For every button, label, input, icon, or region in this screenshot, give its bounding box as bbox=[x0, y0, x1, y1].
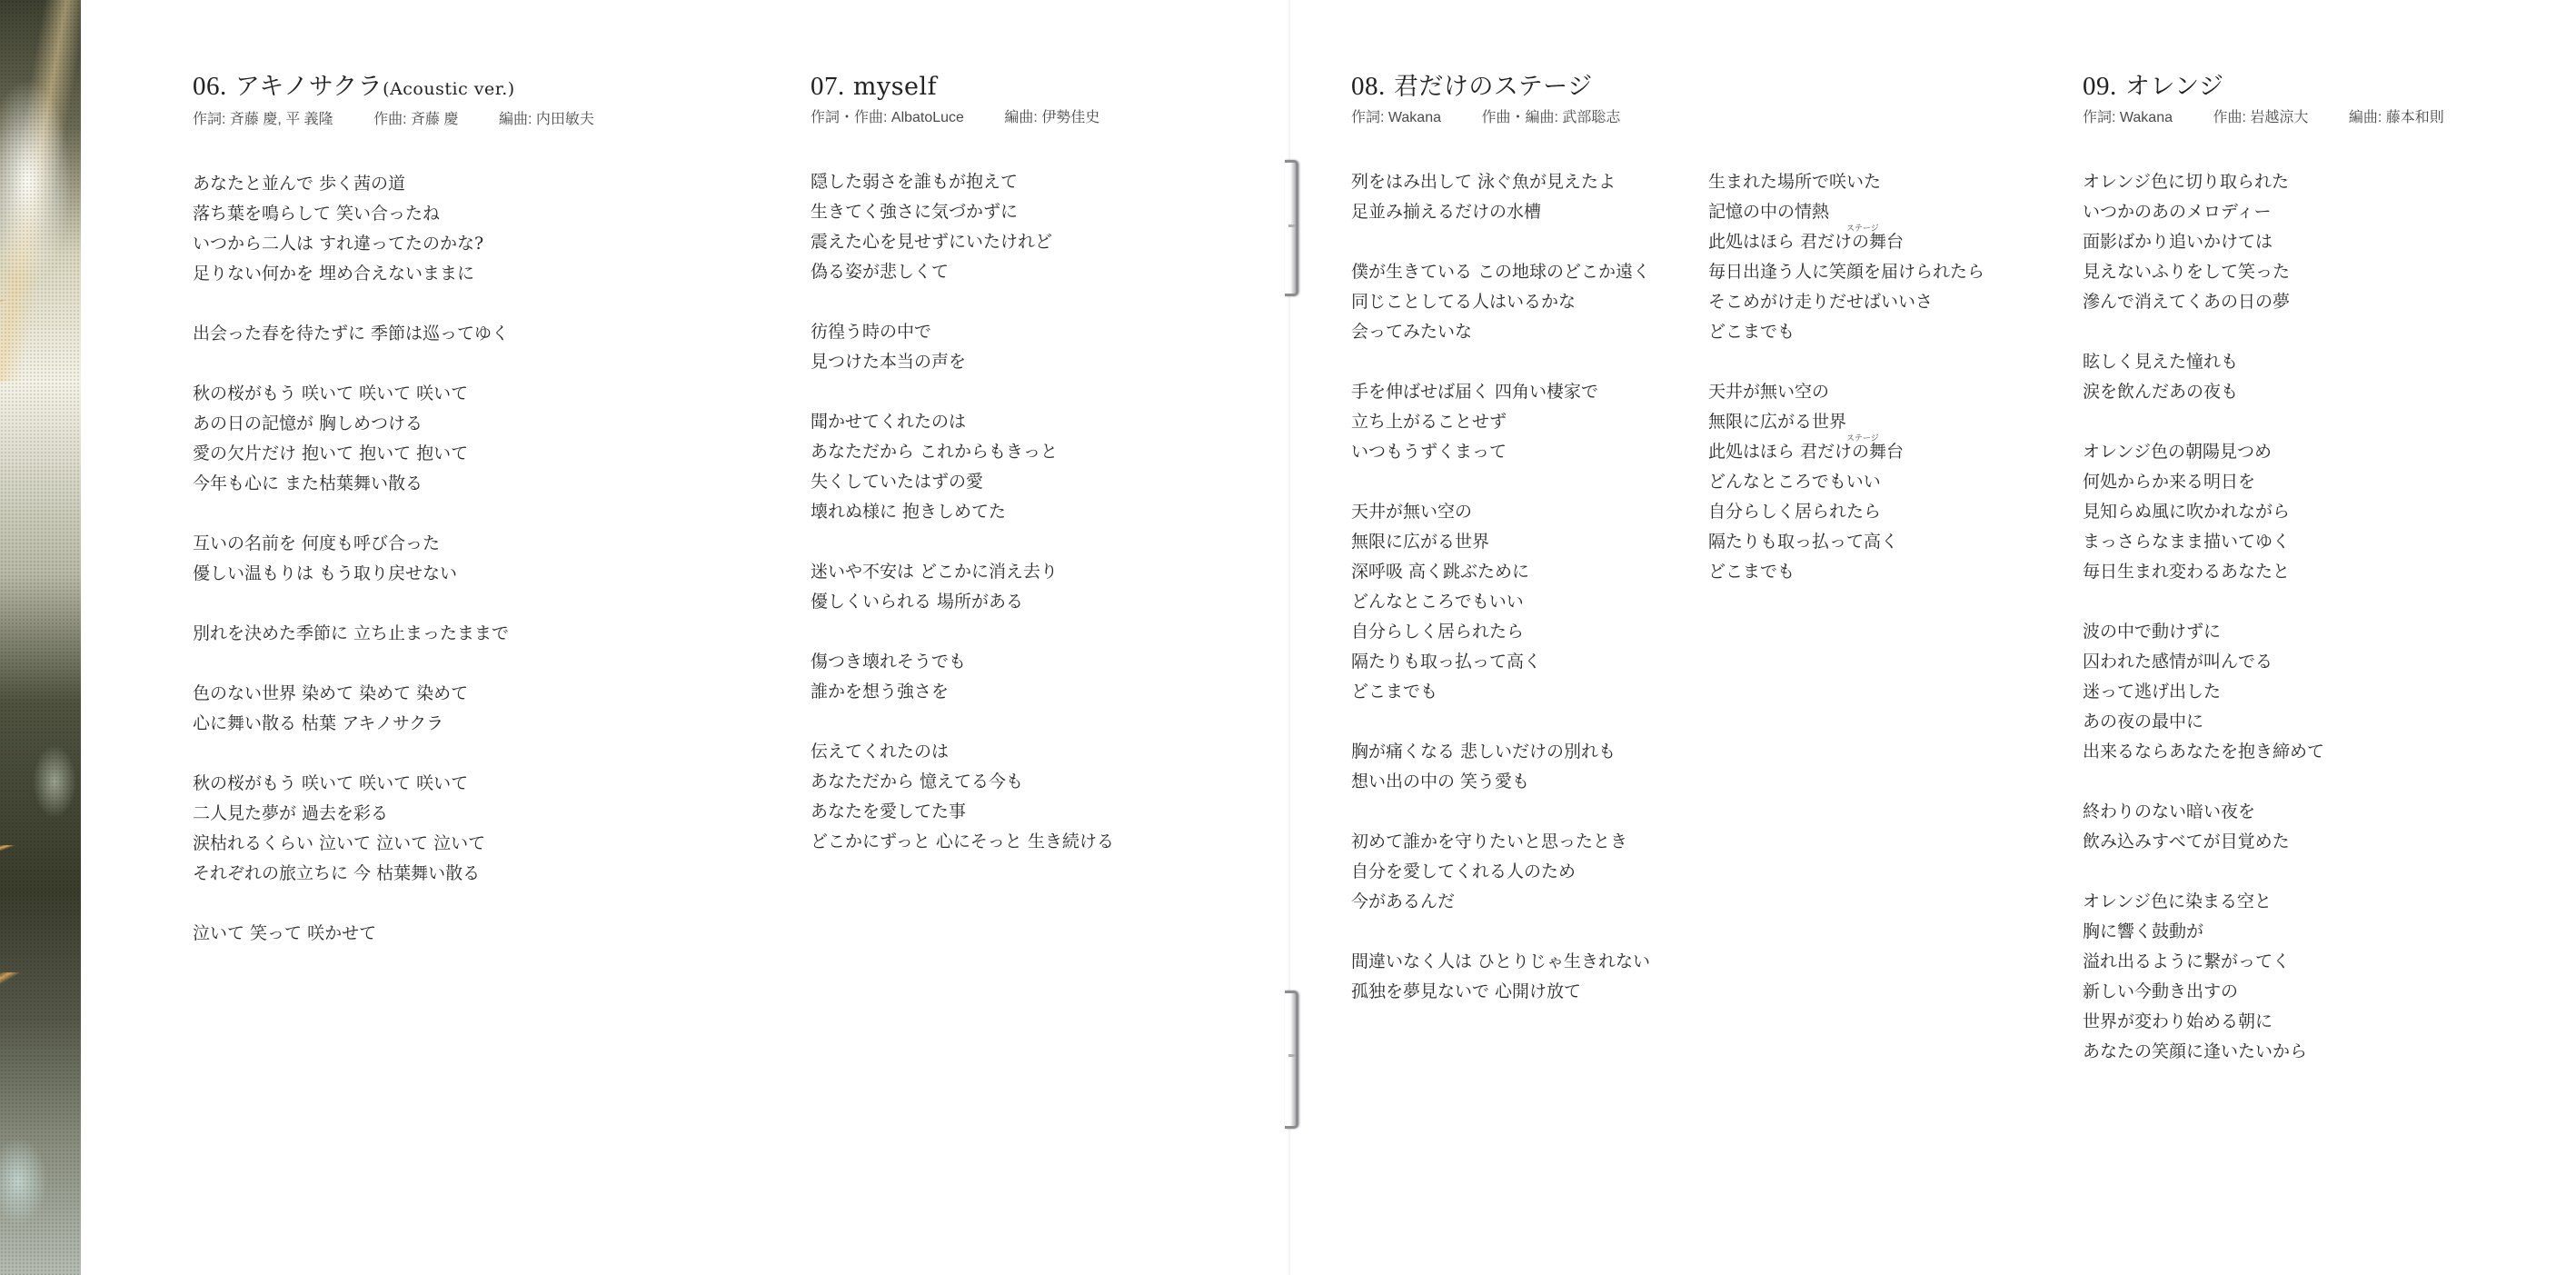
lyrics-column-right: 生まれた場所で咲いた 記憶の中の情熱 ステージ 此処はほら 君だけの舞台 毎日出… bbox=[1708, 167, 1984, 587]
lyric-text: 此処はほら 君だけの舞台 bbox=[1708, 232, 1904, 252]
lyric-line: ステージ 此処はほら 君だけの舞台 bbox=[1708, 227, 1984, 257]
lyric-line: 彷徨う時の中で bbox=[811, 317, 1136, 347]
credit-arranger: 編曲: 内田敏夫 bbox=[499, 108, 594, 132]
lyric-line: 迷いや不安は どこかに消え去り bbox=[811, 557, 1136, 587]
stanza: 迷いや不安は どこかに消え去り 優しくいられる 場所がある bbox=[811, 557, 1136, 617]
lyric-line: 波の中で動けずに bbox=[2083, 617, 2481, 647]
lyric-line: 互いの名前を 何度も呼び合った bbox=[193, 529, 631, 559]
lyric-line: 僕が生きている この地球のどこか遠く bbox=[1351, 257, 1656, 287]
stanza: 波の中で動けずに 囚われた感情が叫んでる 迷って逃げ出した あの夜の最中に 出来… bbox=[2083, 617, 2481, 767]
stanza: 胸が痛くなる 悲しいだけの別れも 想い出の中の 笑う愛も bbox=[1351, 737, 1656, 797]
track-number: 08. bbox=[1351, 72, 1386, 101]
stanza: 秋の桜がもう 咲いて 咲いて 咲いて あの日の記憶が 胸しめつける 愛の欠片だけ… bbox=[193, 379, 631, 499]
lyric-line: 傷つき壊れそうでも bbox=[811, 647, 1136, 677]
lyric-line: 失くしていたはずの愛 bbox=[811, 467, 1136, 497]
lyric-line: 面影ばかり追いかけては bbox=[2083, 227, 2481, 257]
song-title: 07. myself bbox=[811, 71, 1136, 103]
lyric-line: それぞれの旅立ちに 今 枯葉舞い散る bbox=[193, 859, 631, 889]
lyric-line: 優しい温もりは もう取り戻せない bbox=[193, 559, 631, 589]
lyric-line: 聞かせてくれたのは bbox=[811, 407, 1136, 437]
lyric-line: 無限に広がる世界 bbox=[1351, 527, 1656, 557]
lyric-line: 別れを決めた季節に 立ち止まったままで bbox=[193, 619, 631, 649]
lyric-line: 深呼吸 高く跳ぶために bbox=[1351, 557, 1656, 587]
lyric-line: あなたと並んで 歩く茜の道 bbox=[193, 169, 631, 199]
lyric-line: 初めて誰かを守りたいと思ったとき bbox=[1351, 827, 1656, 857]
staple-top-icon bbox=[1285, 160, 1298, 296]
lyric-line: 同じことしてる人はいるかな bbox=[1351, 287, 1656, 317]
stanza: 互いの名前を 何度も呼び合った 優しい温もりは もう取り戻せない bbox=[193, 529, 631, 589]
lyric-line: あなたを愛してた事 bbox=[811, 797, 1136, 827]
lyric-line: 無限に広がる世界 bbox=[1708, 407, 1984, 437]
lyric-line: オレンジ色に染まる空と bbox=[2083, 887, 2481, 917]
credit-lyrics-composer: 作詞・作曲: AlbatoLuce bbox=[811, 106, 964, 130]
lyric-line: まっさらなまま描いてゆく bbox=[2083, 527, 2481, 557]
stanza: 天井が無い空の 無限に広がる世界 ステージ 此処はほら 君だけの舞台 どんなとこ… bbox=[1708, 377, 1984, 587]
stanza: 僕が生きている この地球のどこか遠く 同じことしてる人はいるかな 会ってみたいな bbox=[1351, 257, 1656, 347]
lyric-line: 自分らしく居られたら bbox=[1708, 497, 1984, 527]
ruby-annotation: ステージ bbox=[1846, 434, 1879, 443]
credit-composer: 作曲: 岩越涼大 bbox=[2213, 106, 2308, 130]
credit-arranger: 編曲: 藤本和則 bbox=[2349, 106, 2444, 130]
lyric-line: 天井が無い空の bbox=[1708, 377, 1984, 407]
lyric-line: 自分を愛してくれる人のため bbox=[1351, 857, 1656, 887]
lyric-line: 飲み込みすべてが目覚めた bbox=[2083, 827, 2481, 857]
stanza: 聞かせてくれたのは あなただから これからもきっと 失くしていたはずの愛 壊れぬ… bbox=[811, 407, 1136, 527]
stanza: 泣いて 笑って 咲かせて bbox=[193, 919, 631, 949]
lyric-line: 会ってみたいな bbox=[1351, 317, 1656, 347]
lyric-line: 伝えてくれたのは bbox=[811, 737, 1136, 767]
credit-composer: 作曲: 斉藤 慶 bbox=[373, 108, 458, 132]
lyrics: 隠した弱さを誰もが抱えて 生きてく強さに気づかずに 震えた心を見せずにいたけれど… bbox=[811, 167, 1136, 857]
stanza: 色のない世界 染めて 染めて 染めて 心に舞い散る 枯葉 アキノサクラ bbox=[193, 679, 631, 739]
song-08: 08. 君だけのステージ 作詞: Wakana 作曲・編曲: 武部聡志 列をはみ… bbox=[1351, 71, 1656, 1007]
lyric-line: いつもうずくまって bbox=[1351, 437, 1656, 467]
cover-photo-strip bbox=[0, 0, 81, 1275]
credit-lyrics: 作詞: Wakana bbox=[2083, 106, 2173, 130]
lyric-line: オレンジ色に切り取られた bbox=[2083, 167, 2481, 197]
lyric-line: 囚われた感情が叫んでる bbox=[2083, 647, 2481, 677]
lyric-line: 出会った春を待たずに 季節は巡ってゆく bbox=[193, 319, 631, 349]
lyric-line: 間違いなく人は ひとりじゃ生きれない bbox=[1351, 947, 1656, 977]
credits: 作詞・作曲: AlbatoLuce 編曲: 伊勢佳史 bbox=[811, 106, 1136, 130]
lyric-line: 落ち葉を鳴らして 笑い合ったね bbox=[193, 199, 631, 229]
stanza: あなたと並んで 歩く茜の道 落ち葉を鳴らして 笑い合ったね いつから二人は すれ… bbox=[193, 169, 631, 289]
lyrics: あなたと並んで 歩く茜の道 落ち葉を鳴らして 笑い合ったね いつから二人は すれ… bbox=[193, 169, 631, 949]
staple-top-joint bbox=[1288, 224, 1296, 227]
lyric-line: 見つけた本当の声を bbox=[811, 347, 1136, 377]
lyric-line: 溢れ出るように繋がってく bbox=[2083, 947, 2481, 977]
credits: 作詞: Wakana 作曲: 岩越涼大 編曲: 藤本和則 bbox=[2083, 106, 2481, 130]
credit-lyrics: 作詞: Wakana bbox=[1351, 106, 1441, 130]
lyrics: 列をはみ出して 泳ぐ魚が見えたよ 足並み揃えるだけの水槽 僕が生きている この地… bbox=[1351, 167, 1656, 1007]
lyric-line: 今があるんだ bbox=[1351, 887, 1656, 917]
lyric-line: あなただから これからもきっと bbox=[811, 437, 1136, 467]
stanza: 手を伸ばせば届く 四角い棲家で 立ち上がることせず いつもうずくまって bbox=[1351, 377, 1656, 467]
lyric-line: 記憶の中の情熱 bbox=[1708, 197, 1984, 227]
lyric-line: 列をはみ出して 泳ぐ魚が見えたよ bbox=[1351, 167, 1656, 197]
lyric-line: そこめがけ走りだせばいいさ bbox=[1708, 287, 1984, 317]
stanza: 天井が無い空の 無限に広がる世界 深呼吸 高く跳ぶために どんなところでもいい … bbox=[1351, 497, 1656, 707]
lyric-line: あなただから 憶えてる今も bbox=[811, 767, 1136, 797]
stanza: 秋の桜がもう 咲いて 咲いて 咲いて 二人見た夢が 過去を彩る 涙枯れるくらい … bbox=[193, 769, 631, 889]
lyric-line: 涙を飲んだあの夜も bbox=[2083, 377, 2481, 407]
lyric-line: 見えないふりをして笑った bbox=[2083, 257, 2481, 287]
track-number: 09. bbox=[2083, 72, 2117, 101]
track-number: 07. bbox=[811, 72, 845, 101]
credits: 作詞: 斉藤 慶, 平 義隆 作曲: 斉藤 慶 編曲: 内田敏夫 bbox=[193, 108, 631, 132]
lyric-line: 隠した弱さを誰もが抱えて bbox=[811, 167, 1136, 197]
stanza: 眩しく見えた憧れも 涙を飲んだあの夜も bbox=[2083, 347, 2481, 407]
lyric-line: 二人見た夢が 過去を彩る bbox=[193, 799, 631, 829]
lyric-line: 色のない世界 染めて 染めて 染めて bbox=[193, 679, 631, 709]
lyric-line: 想い出の中の 笑う愛も bbox=[1351, 767, 1656, 797]
song-07: 07. myself 作詞・作曲: AlbatoLuce 編曲: 伊勢佳史 隠し… bbox=[811, 71, 1136, 857]
song-title: 09. オレンジ bbox=[2083, 71, 2481, 103]
lyric-line: 眩しく見えた憧れも bbox=[2083, 347, 2481, 377]
lyric-line: 愛の欠片だけ 抱いて 抱いて 抱いて bbox=[193, 439, 631, 469]
lyric-line: 出来るならあなたを抱き締めて bbox=[2083, 737, 2481, 767]
lyric-line: いつかのあのメロディー bbox=[2083, 197, 2481, 227]
lyric-line: 滲んで消えてくあの日の夢 bbox=[2083, 287, 2481, 317]
lyric-line: 壊れぬ様に 抱きしめてた bbox=[811, 497, 1136, 527]
lyric-line: 胸に響く鼓動が bbox=[2083, 917, 2481, 947]
credit-lyrics: 作詞: 斉藤 慶, 平 義隆 bbox=[193, 108, 333, 132]
credit-arranger: 編曲: 伊勢佳史 bbox=[1004, 106, 1099, 130]
song-title: 08. 君だけのステージ bbox=[1351, 71, 1656, 103]
lyric-line: 毎日出逢う人に笑顔を届けられたら bbox=[1708, 257, 1984, 287]
lyric-line: 新しい今動き出すの bbox=[2083, 977, 2481, 1007]
staple-bottom-icon bbox=[1285, 991, 1298, 1129]
stanza: 終わりのない暗い夜を 飲み込みすべてが目覚めた bbox=[2083, 797, 2481, 857]
stanza: 生まれた場所で咲いた 記憶の中の情熱 ステージ 此処はほら 君だけの舞台 毎日出… bbox=[1708, 167, 1984, 347]
lyric-line: 何処からか来る明日を bbox=[2083, 467, 2481, 497]
stanza: 隠した弱さを誰もが抱えて 生きてく強さに気づかずに 震えた心を見せずにいたけれど… bbox=[811, 167, 1136, 287]
lyrics-column-left: 列をはみ出して 泳ぐ魚が見えたよ 足並み揃えるだけの水槽 僕が生きている この地… bbox=[1351, 167, 1656, 1007]
stanza: 別れを決めた季節に 立ち止まったままで bbox=[193, 619, 631, 649]
lyric-line: 秋の桜がもう 咲いて 咲いて 咲いて bbox=[193, 379, 631, 409]
lyric-line: 生まれた場所で咲いた bbox=[1708, 167, 1984, 197]
lyric-line: 隔たりも取っ払って高く bbox=[1351, 647, 1656, 677]
track-title: 君だけのステージ bbox=[1394, 73, 1593, 101]
track-number: 06. bbox=[193, 72, 227, 101]
lyric-line: 孤独を夢見ないで 心開け放て bbox=[1351, 977, 1656, 1007]
lyric-line: あなたの笑顔に逢いたいから bbox=[2083, 1037, 2481, 1067]
stanza: 彷徨う時の中で 見つけた本当の声を bbox=[811, 317, 1136, 377]
lyric-line: 生きてく強さに気づかずに bbox=[811, 197, 1136, 227]
track-title: オレンジ bbox=[2125, 73, 2224, 101]
lyric-line: あの日の記憶が 胸しめつける bbox=[193, 409, 631, 439]
lyric-line: 世界が変わり始める朝に bbox=[2083, 1007, 2481, 1037]
lyric-line: いつから二人は すれ違ってたのかな? bbox=[193, 229, 631, 259]
lyric-line: どこかにずっと 心にそっと 生き続ける bbox=[811, 827, 1136, 857]
lyric-line: どこまでも bbox=[1351, 677, 1656, 707]
lyric-line: 見知らぬ風に吹かれながら bbox=[2083, 497, 2481, 527]
lyric-line: どこまでも bbox=[1708, 317, 1984, 347]
credit-composer-arranger: 作曲・編曲: 武部聡志 bbox=[1481, 106, 1620, 130]
lyric-line: 偽る姿が悲しくて bbox=[811, 257, 1136, 287]
lyric-line: 誰かを想う強さを bbox=[811, 677, 1136, 707]
lyric-line: 迷って逃げ出した bbox=[2083, 677, 2481, 707]
lyric-line: 胸が痛くなる 悲しいだけの別れも bbox=[1351, 737, 1656, 767]
song-09: 09. オレンジ 作詞: Wakana 作曲: 岩越涼大 編曲: 藤本和則 オレ… bbox=[2083, 71, 2481, 1067]
staple-bottom-joint bbox=[1288, 1054, 1296, 1057]
lyric-line: どこまでも bbox=[1708, 557, 1984, 587]
lyric-line: 手を伸ばせば届く 四角い棲家で bbox=[1351, 377, 1656, 407]
stanza: 出会った春を待たずに 季節は巡ってゆく bbox=[193, 319, 631, 349]
lyric-line: 優しくいられる 場所がある bbox=[811, 587, 1136, 617]
lyric-line: 心に舞い散る 枯葉 アキノサクラ bbox=[193, 709, 631, 739]
song-title: 06. アキノサクラ(Acoustic ver.) bbox=[193, 71, 631, 105]
lyric-line: 秋の桜がもう 咲いて 咲いて 咲いて bbox=[193, 769, 631, 799]
stanza: オレンジ色に切り取られた いつかのあのメロディー 面影ばかり追いかけては 見えな… bbox=[2083, 167, 2481, 317]
track-title: アキノサクラ bbox=[235, 73, 383, 101]
lyric-line: ステージ 此処はほら 君だけの舞台 bbox=[1708, 437, 1984, 467]
ruby-annotation: ステージ bbox=[1846, 224, 1879, 234]
stanza: 伝えてくれたのは あなただから 憶えてる今も あなたを愛してた事 どこかにずっと… bbox=[811, 737, 1136, 857]
song-06: 06. アキノサクラ(Acoustic ver.) 作詞: 斉藤 慶, 平 義隆… bbox=[193, 71, 631, 949]
stanza: オレンジ色の朝陽見つめ 何処からか来る明日を 見知らぬ風に吹かれながら まっさら… bbox=[2083, 437, 2481, 587]
lyric-line: 足りない何かを 埋め合えないままに bbox=[193, 259, 631, 289]
stanza: 列をはみ出して 泳ぐ魚が見えたよ 足並み揃えるだけの水槽 bbox=[1351, 167, 1656, 227]
lyric-line: 立ち上がることせず bbox=[1351, 407, 1656, 437]
lyric-line: 今年も心に また枯葉舞い散る bbox=[193, 469, 631, 499]
stanza: 間違いなく人は ひとりじゃ生きれない 孤独を夢見ないで 心開け放て bbox=[1351, 947, 1656, 1007]
lyric-line: 涙枯れるくらい 泣いて 泣いて 泣いて bbox=[193, 829, 631, 859]
lyrics: オレンジ色に切り取られた いつかのあのメロディー 面影ばかり追いかけては 見えな… bbox=[2083, 167, 2481, 1067]
lyric-line: 終わりのない暗い夜を bbox=[2083, 797, 2481, 827]
lyric-text: 此処はほら 君だけの舞台 bbox=[1708, 442, 1904, 462]
stanza: オレンジ色に染まる空と 胸に響く鼓動が 溢れ出るように繋がってく 新しい今動き出… bbox=[2083, 887, 2481, 1067]
track-title: myself bbox=[853, 73, 937, 101]
lyric-line: どんなところでもいい bbox=[1708, 467, 1984, 497]
lyric-line: 震えた心を見せずにいたけれど bbox=[811, 227, 1136, 257]
lyric-line: オレンジ色の朝陽見つめ bbox=[2083, 437, 2481, 467]
lyric-line: あの夜の最中に bbox=[2083, 707, 2481, 737]
lyric-line: 毎日生まれ変わるあなたと bbox=[2083, 557, 2481, 587]
lyric-line: 天井が無い空の bbox=[1351, 497, 1656, 527]
lyric-line: 自分らしく居られたら bbox=[1351, 617, 1656, 647]
stanza: 初めて誰かを守りたいと思ったとき 自分を愛してくれる人のため 今があるんだ bbox=[1351, 827, 1656, 917]
stanza: 傷つき壊れそうでも 誰かを想う強さを bbox=[811, 647, 1136, 707]
credits: 作詞: Wakana 作曲・編曲: 武部聡志 bbox=[1351, 106, 1656, 130]
lyric-line: どんなところでもいい bbox=[1351, 587, 1656, 617]
track-title-suffix: (Acoustic ver.) bbox=[383, 79, 515, 99]
lyric-line: 足並み揃えるだけの水槽 bbox=[1351, 197, 1656, 227]
lyric-line: 隔たりも取っ払って高く bbox=[1708, 527, 1984, 557]
lyric-line: 泣いて 笑って 咲かせて bbox=[193, 919, 631, 949]
